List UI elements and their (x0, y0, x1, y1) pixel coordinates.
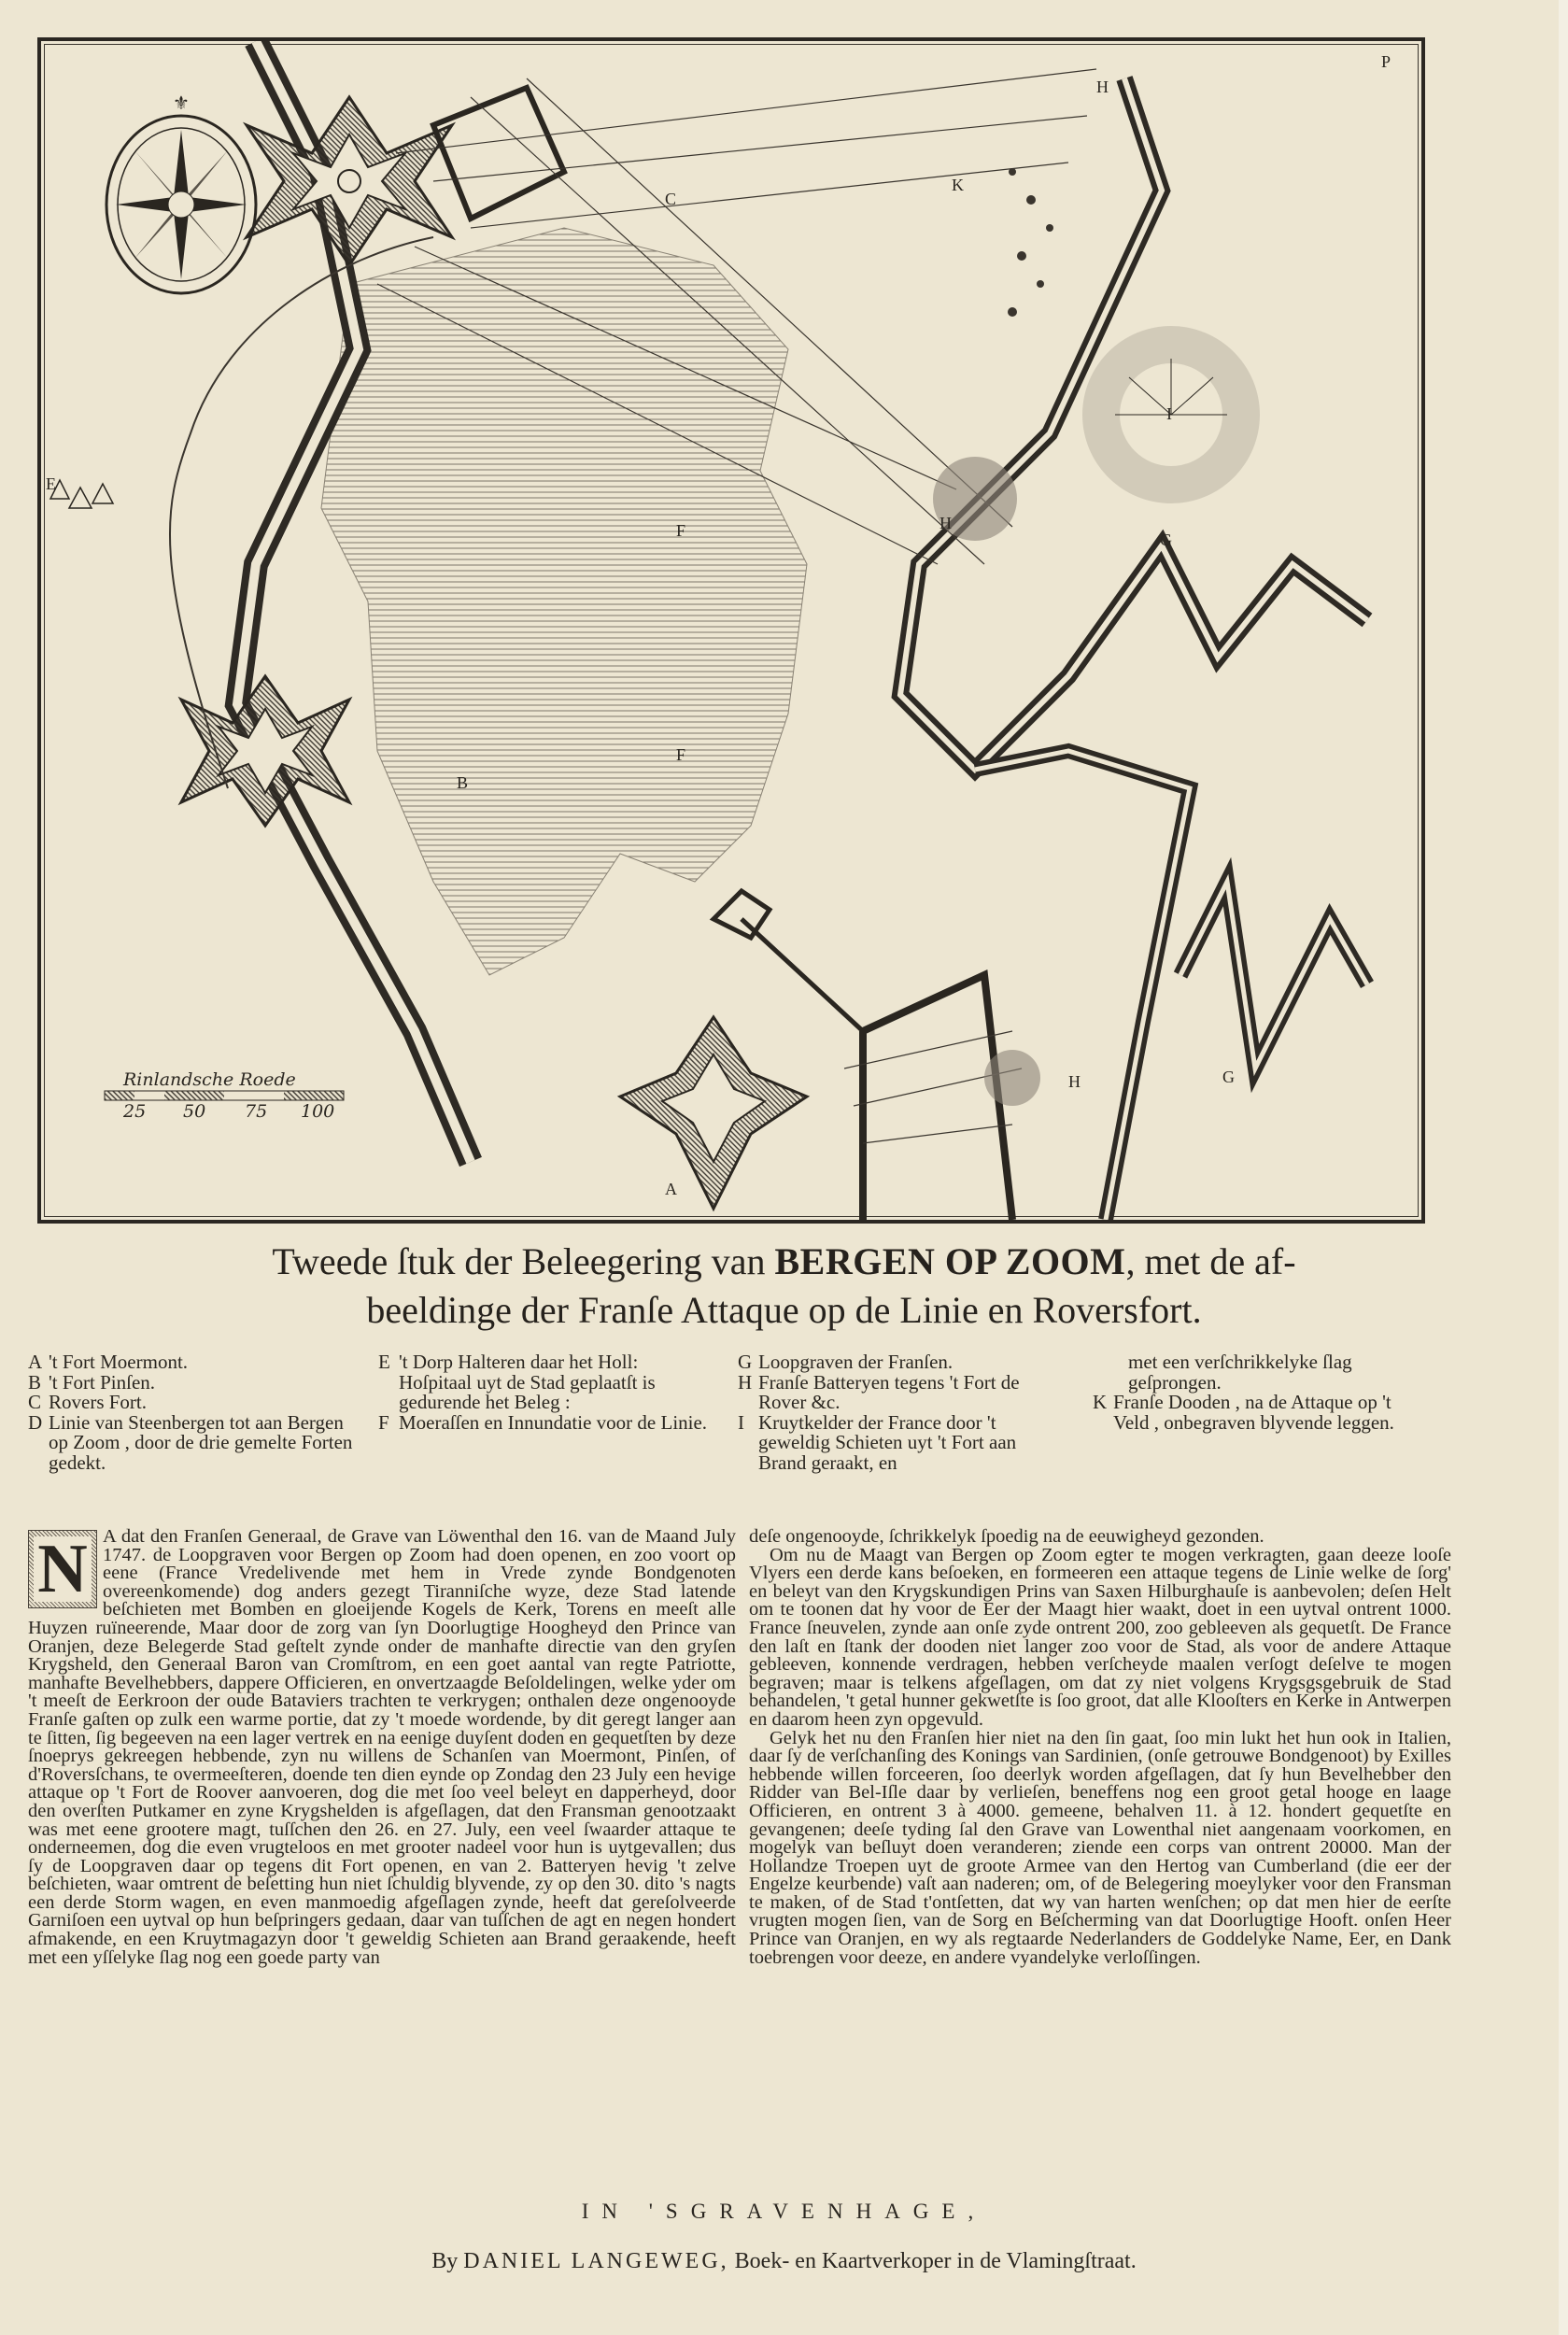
page-edge (1559, 0, 1568, 2335)
legend-item-d: DLinie van Steenbergen tot aan Bergen op… (28, 1413, 364, 1474)
svg-text:Rinlandsche Roede: Rinlandsche Roede (122, 1069, 296, 1090)
paragraph-2: Om nu de Maagt van Bergen op Zoom egter … (749, 1547, 1451, 1730)
label-b: B (457, 773, 468, 792)
decorated-initial: N (28, 1530, 97, 1608)
legend-item-f: FMoeraſſen en Innundatie voor de Linie. (378, 1413, 714, 1434)
label-a: A (665, 1180, 677, 1198)
legend-item-k: KFranſe Dooden , na de Attaque op 't Vel… (1093, 1393, 1429, 1433)
lower-redoubt (863, 975, 1012, 1220)
legend-item-e: E't Dorp Halteren daar het Holl: Hoſpita… (378, 1352, 714, 1413)
label-h-top: H (1096, 78, 1109, 96)
legend-item-g: GLoopgraven der Franſen. (738, 1352, 1065, 1373)
siege-map: ⚜ Rinlandsche Roede 25 50 75 100 A B C E… (37, 37, 1425, 1224)
label-g-upper: G (1160, 531, 1172, 549)
legend-item-a: A't Fort Moermont. (28, 1352, 364, 1373)
body-text-right: deſe ongenooyde, ſchrikkelyk ſpoedig na … (749, 1528, 1451, 1967)
paragraph-1: A dat den Franſen Generaal, de Grave van… (28, 1528, 736, 1967)
label-c: C (665, 190, 676, 208)
scale-bar: Rinlandsche Roede 25 50 75 100 (105, 1069, 344, 1122)
imprint-city: IN 'SGRAVENHAGE, (0, 2200, 1568, 2224)
legend-item-c: CRovers Fort. (28, 1393, 364, 1413)
legend-item-b: B't Fort Pinſen. (28, 1373, 364, 1394)
legend-column-3: GLoopgraven der Franſen. HFranſe Battery… (738, 1352, 1065, 1473)
print-title: Tweede ſtuk der Beleegering van BERGEN O… (0, 1238, 1568, 1335)
label-h-mid: H (939, 514, 952, 532)
legend-item-i: IKruytkelder der France door 't geweldig… (738, 1413, 1065, 1474)
label-i: I (1166, 404, 1172, 423)
title-city: BERGEN OP ZOOM (775, 1240, 1126, 1282)
svg-text:25: 25 (122, 1101, 146, 1122)
legend-item-h: HFranſe Batteryen tegens 't Fort de Rove… (738, 1373, 1065, 1413)
svg-text:75: 75 (245, 1101, 267, 1122)
legend-item-i-continued: met een verſchrikkelyke ſlag geſprongen. (1093, 1352, 1429, 1393)
legend-column-4: met een verſchrikkelyke ſlag geſprongen.… (1093, 1352, 1429, 1433)
label-k: K (952, 176, 964, 194)
legend-column-1: A't Fort Moermont. B't Fort Pinſen. CRov… (28, 1352, 364, 1473)
svg-text:⚜: ⚜ (173, 93, 190, 114)
label-h-bottom: H (1068, 1072, 1081, 1091)
label-f-lower: F (676, 745, 685, 764)
label-p: P (1381, 52, 1391, 71)
label-g-lower: G (1222, 1068, 1235, 1086)
body-text-left: N A dat den Franſen Generaal, de Grave v… (28, 1528, 736, 1967)
svg-text:50: 50 (183, 1101, 205, 1122)
label-e: E (46, 474, 56, 493)
imprint-publisher: By DANIEL LANGEWEG, Boek- en Kaartverkop… (0, 2249, 1568, 2274)
french-trenches-lower (975, 751, 1367, 1220)
fort-a (620, 1017, 807, 1209)
compass-rose-icon: ⚜ (106, 93, 256, 293)
hospital-tents (50, 480, 113, 508)
label-f-upper: F (676, 521, 685, 540)
map-engraving: ⚜ Rinlandsche Roede 25 50 75 100 A B C E… (41, 41, 1421, 1220)
rovers-outwork (433, 88, 564, 219)
paragraph-1-continued: deſe ongenooyde, ſchrikkelyk ſpoedig na … (749, 1528, 1451, 1547)
svg-text:100: 100 (301, 1101, 334, 1122)
paragraph-3: Gelyk het nu den Franſen hier niet na de… (749, 1730, 1451, 1968)
french-dead-field (1008, 168, 1053, 317)
legend-column-2: E't Dorp Halteren daar het Holl: Hoſpita… (378, 1352, 714, 1433)
inundation-marsh (321, 228, 807, 975)
fort-b (181, 676, 349, 826)
